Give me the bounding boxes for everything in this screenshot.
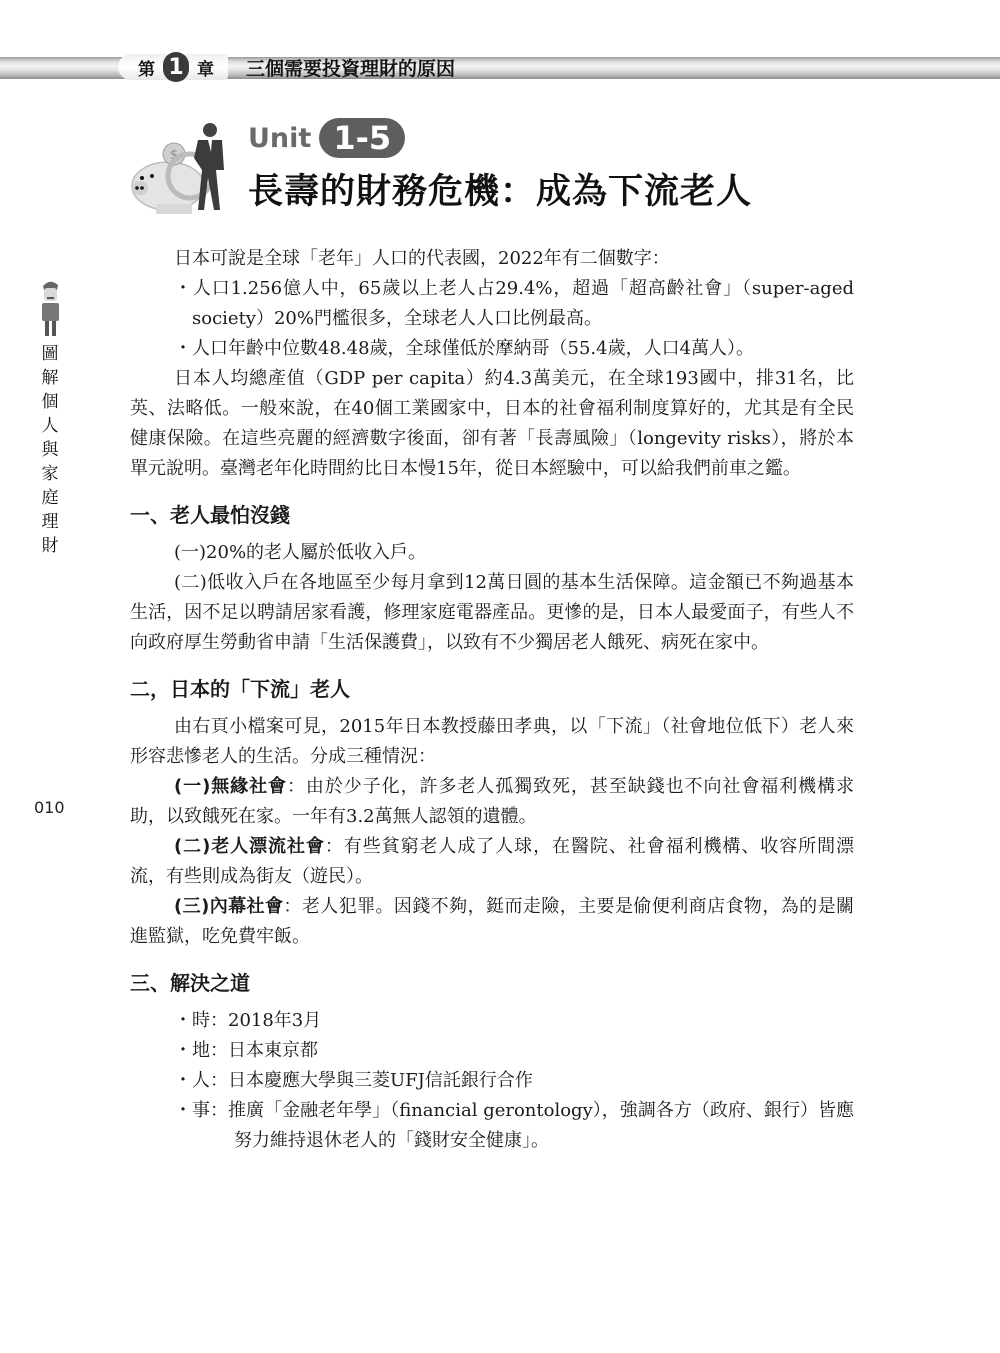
section2-item: (一)無緣社會：由於少子化，許多老人孤獨致死，甚至缺錢也不向社會福利機構求助，以… [130,772,854,832]
chapter-label: 第 1 章 [118,54,228,80]
section2-intro: 由右頁小檔案可見，2015年日本教授藤田孝典，以「下流」（社會地位低下）老人來形… [130,712,854,772]
intro-paragraph: 日本人均總產值（GDP per capita）約4.3萬美元，在全球193國中，… [130,364,854,484]
section3-bullet: ・人：日本慶應大學與三菱UFJ信託銀行合作 [130,1066,854,1096]
unit-word: Unit [248,123,311,154]
section-heading-2: 二，日本的「下流」老人 [130,674,854,704]
section1-item: (一)20%的老人屬於低收入戶。 [130,538,854,568]
intro-bullet: ・人口年齡中位數48.48歲，全球僅低於摩納哥（55.4歲，人口4萬人）。 [130,334,854,364]
book-title-char: 圖 [38,342,62,366]
section2-item: (二)老人漂流社會：有些貧窮老人成了人球，在醫院、社會福利機構、收容所間漂流，有… [130,832,854,892]
book-title-char: 個 [38,390,62,414]
businessman-with-piggy-bank-icon: $ [128,118,240,218]
unit-label: Unit 1-5 [248,118,405,158]
book-title-char: 家 [38,462,62,486]
book-title-char: 解 [38,366,62,390]
book-title-vertical: 圖 解 個 人 與 家 庭 理 財 [38,342,62,558]
section-heading-3: 三、解決之道 [130,968,854,998]
book-title-char: 與 [38,438,62,462]
section3-bullet: ・地：日本東京都 [130,1036,854,1066]
book-title-char: 財 [38,534,62,558]
section-heading-1: 一、老人最怕沒錢 [130,500,854,530]
unit-number-badge: 1-5 [319,118,405,158]
section2-item: (三)內幕社會：老人犯罪。因錢不夠，鋌而走險，主要是偷便利商店食物，為的是關進監… [130,892,854,952]
chapter-suffix: 章 [197,55,214,80]
intro-bullet: ・人口1.256億人中，65歲以上老人占29.4%，超過「超高齡社會」（supe… [130,274,854,334]
book-title-char: 庭 [38,486,62,510]
item-label: (三)內幕社會 [174,896,283,917]
item-label: (二)老人漂流社會 [174,836,325,857]
section3-bullet: ・事：推廣「金融老年學」（financial gerontology），強調各方… [130,1096,854,1156]
chapter-prefix: 第 [138,55,155,80]
person-icon [38,280,62,338]
book-title-char: 人 [38,414,62,438]
section3-bullet: ・時：2018年3月 [130,1006,854,1036]
section1-item: (二)低收入戶在各地區至少每月拿到12萬日圓的基本生活保障。這金額已不夠過基本生… [130,568,854,658]
chapter-number-badge: 1 [163,52,189,82]
intro-lead: 日本可說是全球「老年」人口的代表國，2022年有二個數字： [130,244,854,274]
page-number: 010 [34,798,65,817]
unit-title: 長壽的財務危機：成為下流老人 [248,164,752,214]
item-label: (一)無緣社會 [174,776,287,797]
book-title-char: 理 [38,510,62,534]
chapter-title: 三個需要投資理財的原因 [246,54,455,81]
chapter-header: 第 1 章 三個需要投資理財的原因 [118,52,488,82]
main-content: 日本可說是全球「老年」人口的代表國，2022年有二個數字： ・人口1.256億人… [130,244,854,1156]
